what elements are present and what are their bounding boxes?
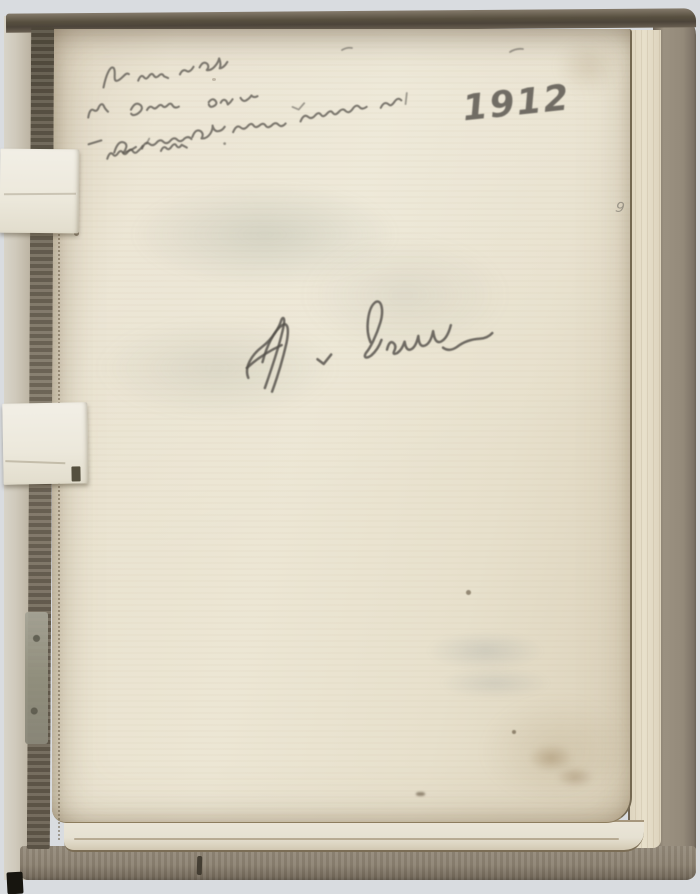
signature <box>244 296 495 393</box>
margin-mark: 9 <box>614 199 626 216</box>
pencil-dash <box>510 49 523 52</box>
handwriting-layer: 1912 9 <box>0 0 700 894</box>
pencil-note-line-1 <box>102 58 228 88</box>
pencil-note-line-2 <box>88 95 258 117</box>
scanned-notebook-photo: 1912 9 <box>0 0 700 894</box>
pencil-notes <box>87 48 523 159</box>
year-label: 1912 <box>461 77 573 129</box>
pencil-dash <box>342 48 352 50</box>
pencil-note-line-3 <box>87 93 410 155</box>
pencil-note-line-4 <box>106 135 226 159</box>
